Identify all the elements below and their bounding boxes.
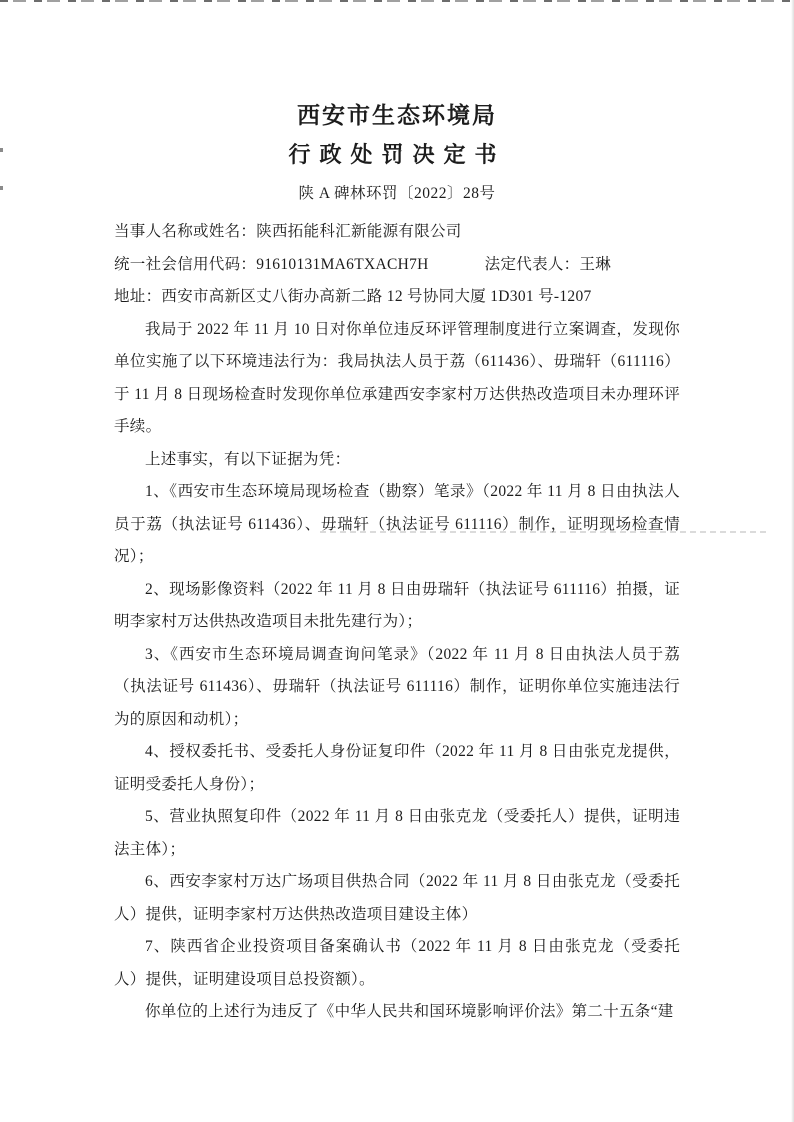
scanned-document-page: 西安市生态环境局 行政处罚决定书 陕 A 碑林环罚〔2022〕28号 当事人名称… xyxy=(0,0,794,1122)
address-value: 西安市高新区丈八街办高新二路 12 号协同大厦 1D301 号-1207 xyxy=(161,288,591,305)
credit-code-line: 统一社会信用代码：91610131MA6TXACH7H法定代表人：王琳 xyxy=(114,249,680,282)
scan-artifact-speck xyxy=(0,186,3,190)
body-paragraph: 1、《西安市生态环境局现场检查（勘察）笔录》（2022 年 11 月 8 日由执… xyxy=(114,476,680,574)
body-paragraph: 5、营业执照复印件（2022 年 11 月 8 日由张克龙（受委托人）提供，证明… xyxy=(114,801,680,866)
document-header: 西安市生态环境局 行政处罚决定书 陕 A 碑林环罚〔2022〕28号 xyxy=(114,100,680,205)
address-line: 地址：西安市高新区丈八街办高新二路 12 号协同大厦 1D301 号-1207 xyxy=(114,281,680,314)
address-label: 地址： xyxy=(114,288,161,305)
document-type-title: 行政处罚决定书 xyxy=(114,140,680,170)
credit-code-label: 统一社会信用代码： xyxy=(114,256,256,273)
body-paragraph: 6、西安李家村万达广场项目供热合同（2022 年 11 月 8 日由张克龙（受委… xyxy=(114,866,680,931)
body-paragraph: 7、陕西省企业投资项目备案确认书（2022 年 11 月 8 日由张克龙（受委托… xyxy=(114,931,680,996)
legal-rep-value: 王琳 xyxy=(579,256,611,273)
credit-code-value: 91610131MA6TXACH7H xyxy=(256,256,428,273)
document-body: 当事人名称或姓名：陕西拓能科汇新能源有限公司 统一社会信用代码：91610131… xyxy=(114,216,680,1029)
scan-artifact-speck xyxy=(0,148,3,152)
document-content: 西安市生态环境局 行政处罚决定书 陕 A 碑林环罚〔2022〕28号 当事人名称… xyxy=(114,0,680,1029)
body-paragraphs: 我局于 2022 年 11 月 10 日对你单位违反环评管理制度进行立案调查，发… xyxy=(114,314,680,1029)
body-paragraph: 2、现场影像资料（2022 年 11 月 8 日由毋瑞轩（执法证号 611116… xyxy=(114,574,680,639)
body-paragraph: 3、《西安市生态环境局调查询问笔录》（2022 年 11 月 8 日由执法人员于… xyxy=(114,639,680,737)
agency-title: 西安市生态环境局 xyxy=(114,100,680,130)
document-number: 陕 A 碑林环罚〔2022〕28号 xyxy=(114,183,680,205)
party-name-line: 当事人名称或姓名：陕西拓能科汇新能源有限公司 xyxy=(114,216,680,249)
legal-rep-label: 法定代表人： xyxy=(485,256,580,273)
party-name-label: 当事人名称或姓名： xyxy=(114,223,256,240)
body-paragraph: 上述事实，有以下证据为凭： xyxy=(114,444,680,477)
body-paragraph: 我局于 2022 年 11 月 10 日对你单位违反环评管理制度进行立案调查，发… xyxy=(114,314,680,444)
body-paragraph: 4、授权委托书、受委托人身份证复印件（2022 年 11 月 8 日由张克龙提供… xyxy=(114,736,680,801)
body-paragraph: 你单位的上述行为违反了《中华人民共和国环境影响评价法》第二十五条“建 xyxy=(114,996,680,1029)
party-name-value: 陕西拓能科汇新能源有限公司 xyxy=(256,223,461,240)
legal-rep-group: 法定代表人：王琳 xyxy=(485,256,611,273)
